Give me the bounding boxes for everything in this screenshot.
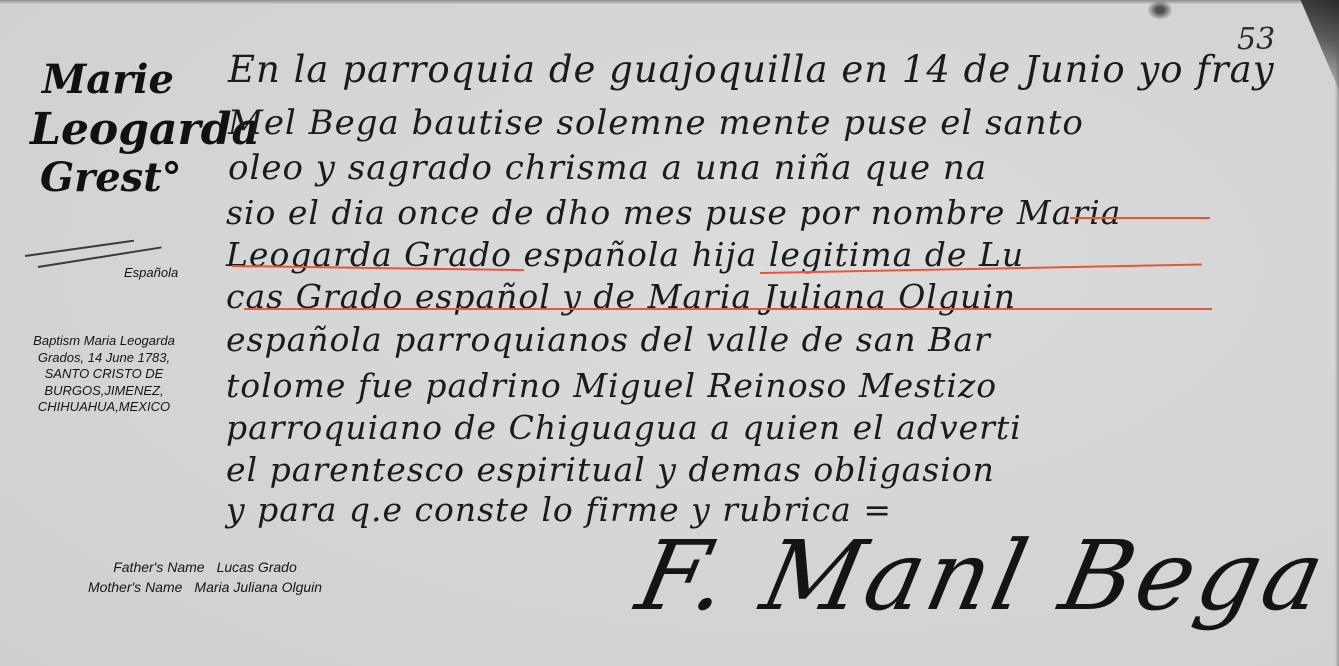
highlight-underline-parents bbox=[244, 308, 1212, 310]
father-name: Lucas Grado bbox=[217, 559, 297, 575]
mother-label: Mother's Name bbox=[88, 579, 182, 595]
page-right-edge bbox=[1335, 0, 1339, 666]
caption-line: Baptism Maria Leogarda bbox=[14, 333, 194, 350]
document-page: 53 Marie Leogarda Grest° Española Baptis… bbox=[0, 0, 1339, 666]
priest-signature: F. Manl Bega bbox=[628, 520, 1337, 632]
baptism-caption: Baptism Maria Leogarda Grados, 14 June 1… bbox=[14, 333, 194, 416]
margin-handwritten-name: Marie Leogarda Grest° bbox=[30, 60, 260, 198]
parents-info: Father's NameLucas Grado Mother's NameMa… bbox=[50, 557, 360, 597]
manuscript-line: oleo y sagrado chrisma a una niña que na bbox=[228, 148, 987, 188]
mother-name: Maria Juliana Olguin bbox=[194, 579, 322, 595]
caption-line: BURGOS,JIMENEZ, bbox=[14, 383, 194, 400]
caption-line: Grados, 14 June 1783, bbox=[14, 350, 194, 367]
caption-line: SANTO CRISTO DE bbox=[14, 366, 194, 383]
ink-blot bbox=[1147, 0, 1173, 20]
manuscript-line: el parentesco espiritual y demas obligas… bbox=[226, 450, 995, 489]
manuscript-line: española parroquianos del valle de san B… bbox=[226, 320, 991, 359]
margin-name-line: Leogarda bbox=[30, 108, 260, 152]
father-label: Father's Name bbox=[113, 559, 204, 575]
manuscript-line: Mel Bega bautise solemne mente puse el s… bbox=[228, 103, 1084, 143]
mother-row: Mother's NameMaria Juliana Olguin bbox=[50, 577, 360, 597]
page-top-edge bbox=[0, 0, 1339, 4]
caption-line: CHIHUAHUA,MEXICO bbox=[14, 399, 194, 416]
manuscript-line: En la parroquia de guajoquilla en 14 de … bbox=[228, 48, 1275, 91]
margin-name-line: Grest° bbox=[40, 158, 260, 198]
father-row: Father's NameLucas Grado bbox=[50, 557, 360, 577]
nationality-label: Española bbox=[124, 265, 178, 280]
manuscript-line: cas Grado español y de Maria Juliana Olg… bbox=[226, 277, 1016, 316]
page-corner-shadow bbox=[1291, 0, 1339, 90]
highlight-underline-maria bbox=[1070, 217, 1210, 219]
manuscript-line: sio el dia once de dho mes puse por nomb… bbox=[226, 193, 1121, 232]
manuscript-line: tolome fue padrino Miguel Reinoso Mestiz… bbox=[226, 366, 997, 405]
manuscript-line: parroquiano de Chiguagua a quien el adve… bbox=[226, 408, 1022, 447]
